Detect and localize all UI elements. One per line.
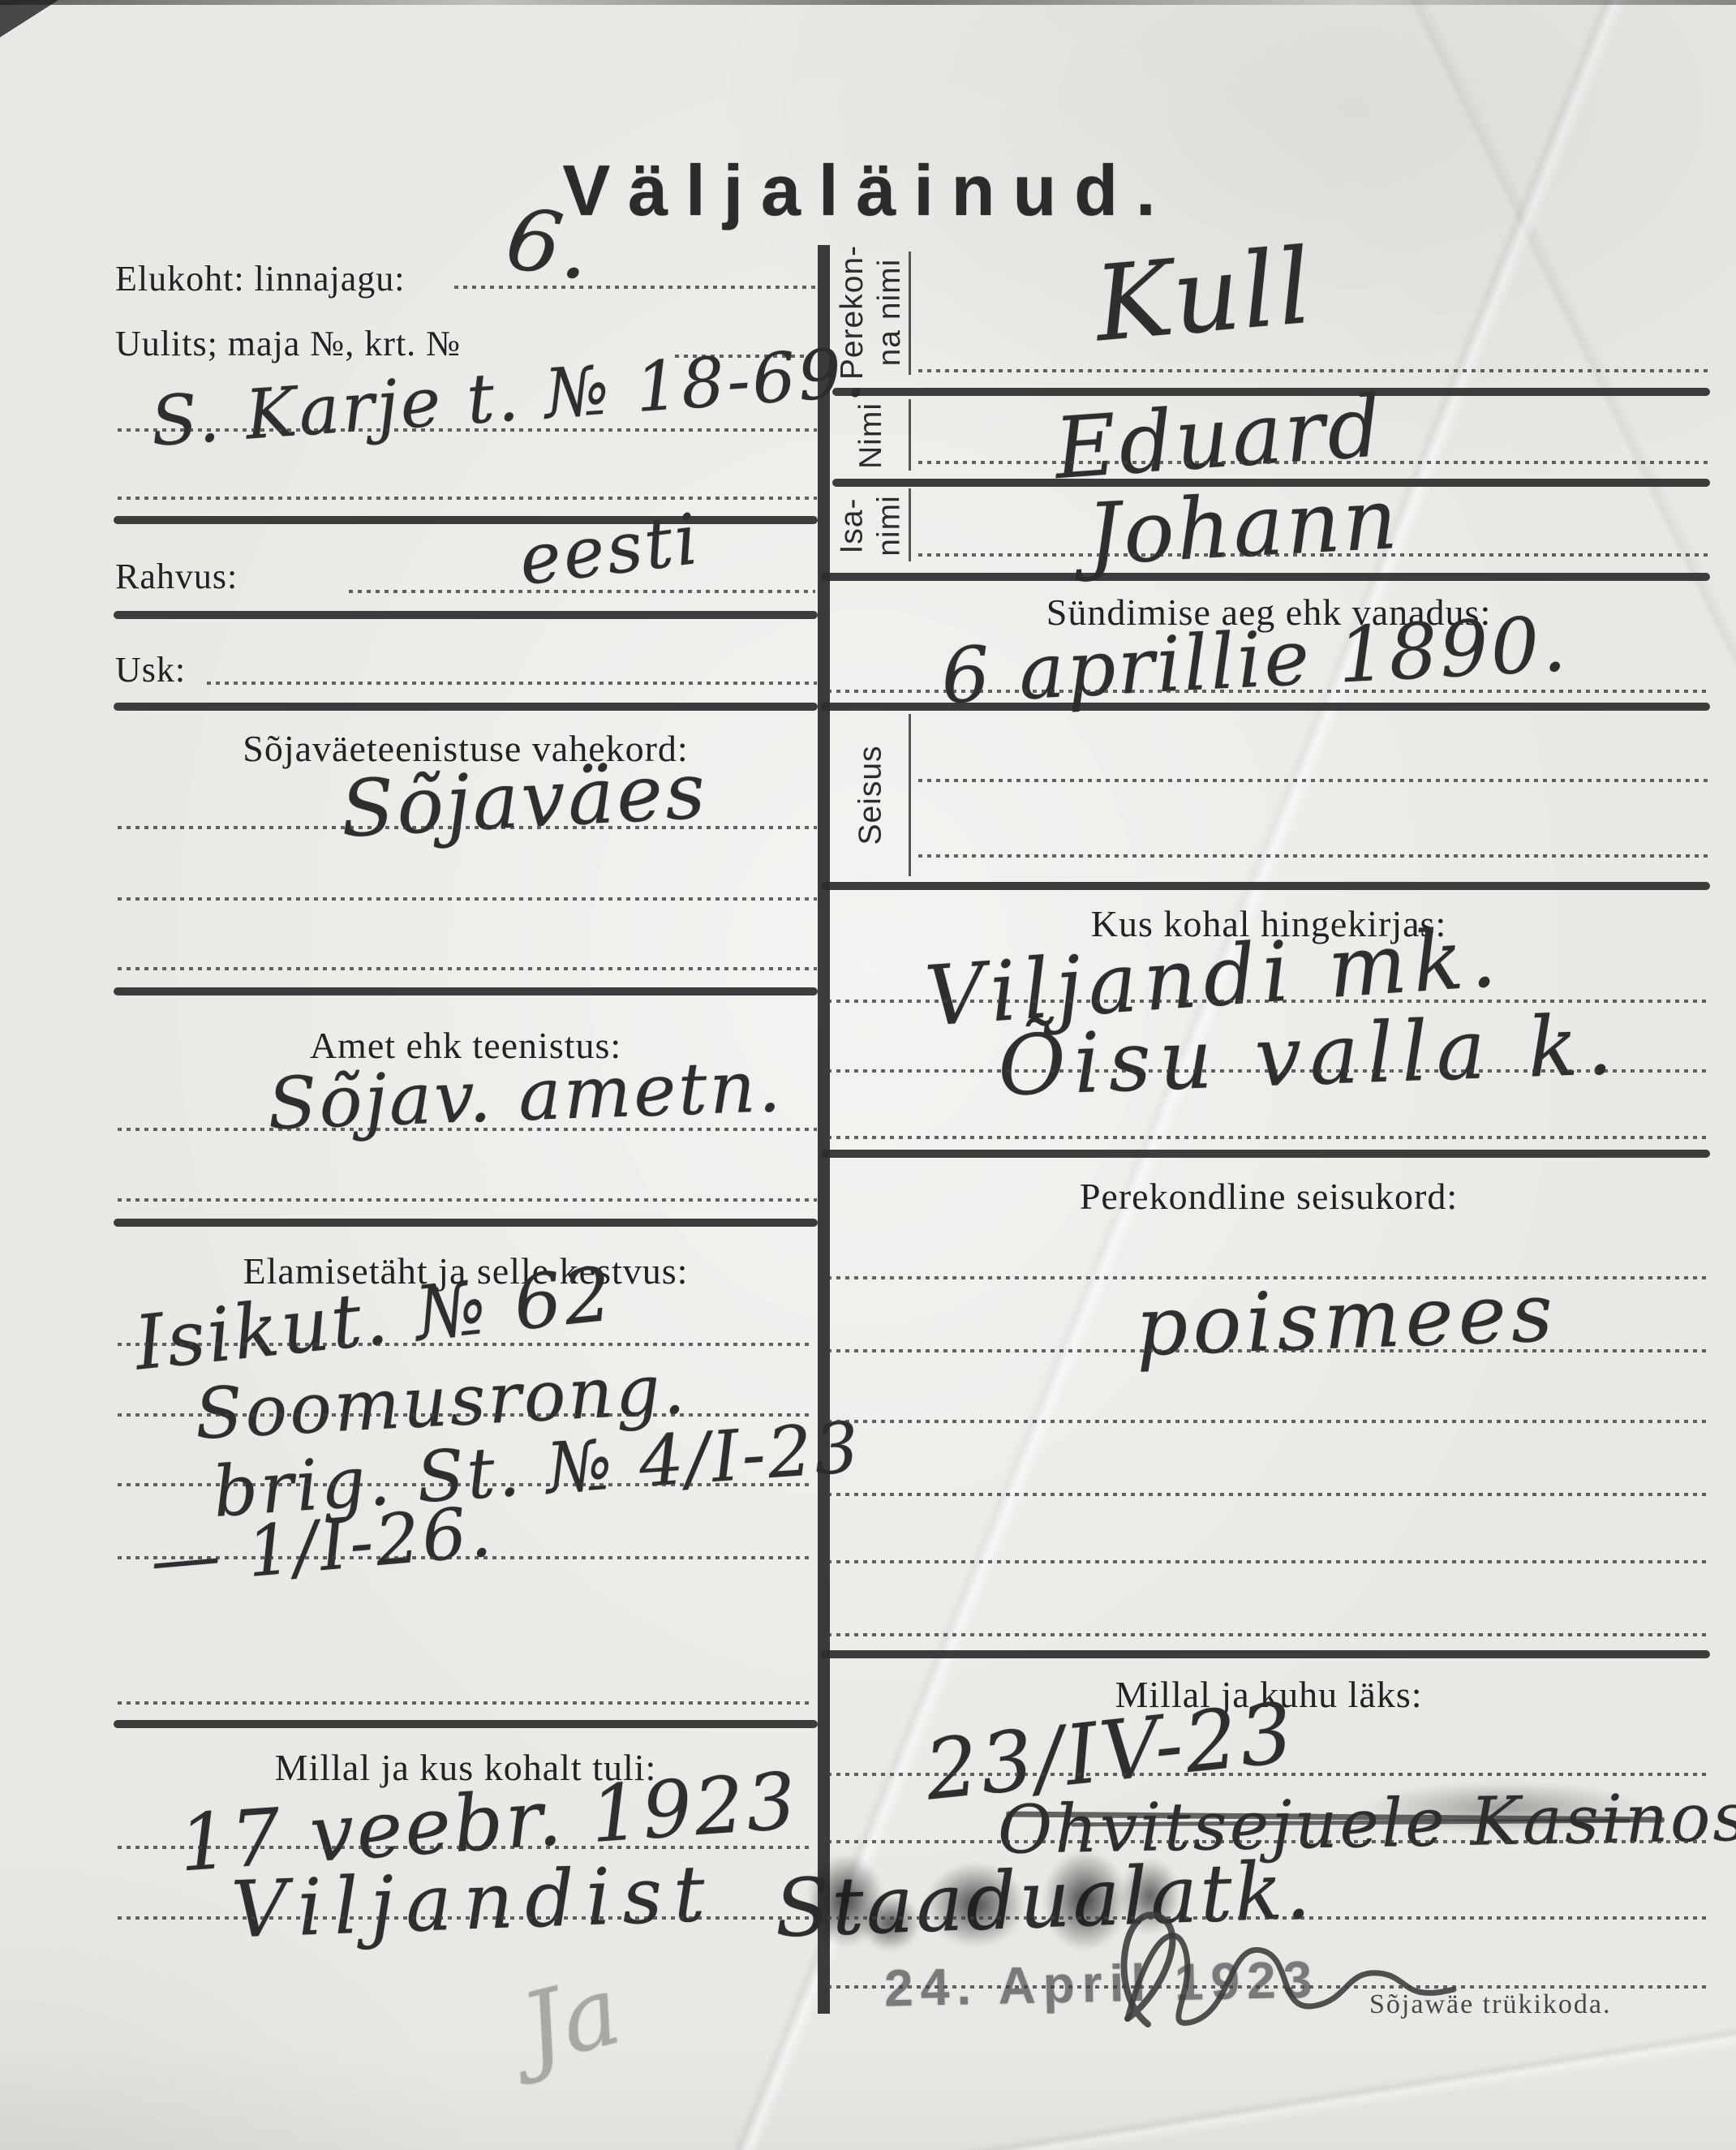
- first-name-row-label: Nimi: [831, 398, 912, 475]
- writing-line: [918, 854, 1710, 858]
- writing-line: [827, 1633, 1710, 1636]
- section-divider: [821, 882, 1710, 890]
- writing-line: [118, 1916, 814, 1920]
- writing-line: [827, 1840, 1710, 1843]
- writing-line: [827, 1985, 1710, 1989]
- column-divider: [818, 245, 830, 2014]
- section-divider: [821, 573, 1710, 581]
- father-name-row-label: Isa-nimi: [831, 485, 912, 566]
- residence-value-handwritten: 6.: [500, 188, 600, 299]
- status-row-label: Seisus: [831, 712, 912, 879]
- writing-line: [118, 826, 817, 829]
- writing-line: [118, 1343, 814, 1346]
- page-title: Väljaläinud.: [0, 149, 1736, 232]
- pencil-note-handwritten: Ja: [511, 1954, 631, 2085]
- section-divider: [114, 516, 818, 524]
- nationality-label: Rahvus:: [115, 556, 238, 597]
- writing-line: [118, 897, 817, 901]
- label-separator-line: [909, 399, 911, 471]
- family-name-row-label: Perekon-na nimi: [831, 250, 912, 376]
- section-divider: [821, 1150, 1710, 1158]
- section-divider: [114, 703, 818, 711]
- signature-scrawl: [1103, 1890, 1485, 2045]
- writing-line: [918, 779, 1710, 782]
- writing-line: [827, 1493, 1710, 1496]
- ink-smudge: [1363, 1782, 1647, 1834]
- writing-line: [454, 286, 815, 289]
- writing-line: [118, 428, 817, 432]
- writing-line: [118, 497, 817, 500]
- scan-top-edge: [0, 0, 1736, 5]
- family-status-value-handwritten: poismees: [1134, 1265, 1559, 1374]
- writing-line: [827, 1136, 1710, 1139]
- father-name-value-handwritten: Johann: [1085, 469, 1402, 584]
- section-divider: [114, 611, 818, 619]
- family-name-value-handwritten: Kull: [1090, 226, 1318, 366]
- residence-label: Elukoht: linnajagu:: [115, 258, 406, 299]
- arrival-line-handwritten: Viljandist: [230, 1848, 717, 1956]
- family-status-heading: Perekondline seisukord:: [827, 1175, 1710, 1218]
- label-separator-line: [909, 488, 911, 561]
- writing-line: [827, 690, 1710, 693]
- writing-line: [207, 682, 817, 685]
- writing-line: [827, 1560, 1710, 1563]
- writing-line: [118, 1483, 814, 1486]
- writing-line: [827, 1069, 1710, 1073]
- writing-line: [918, 461, 1710, 464]
- ink-blot: [860, 1894, 921, 1951]
- scan-corner-shadow: [0, 0, 58, 37]
- printer-credit: Sõjawäe trükikoda.: [1369, 1989, 1612, 2020]
- section-divider: [821, 1650, 1710, 1658]
- writing-line: [918, 553, 1710, 557]
- writing-line: [118, 1128, 817, 1131]
- label-separator-line: [909, 714, 911, 876]
- writing-line: [827, 1420, 1710, 1423]
- writing-line: [118, 1701, 814, 1705]
- writing-line: [118, 967, 817, 970]
- section-divider: [114, 1720, 818, 1728]
- section-divider: [114, 1219, 818, 1227]
- residence-permit-line-handwritten: — 1/I-26.: [147, 1491, 496, 1602]
- writing-line: [827, 1773, 1710, 1776]
- nationality-value-handwritten: eesti: [515, 499, 705, 601]
- section-divider: [821, 703, 1710, 711]
- parish-register-line-handwritten: Õisu valla k.: [996, 997, 1622, 1116]
- section-divider: [114, 987, 818, 995]
- label-separator-line: [909, 252, 911, 375]
- military-service-value-handwritten: Sõjaväes: [338, 745, 709, 855]
- street-label: Uulits; maja №, krt. №: [115, 323, 461, 364]
- valjalainud-registration-card: Väljaläinud. Elukoht: linnajagu: 6. Uuli…: [0, 0, 1736, 2150]
- religion-label: Usk:: [115, 649, 186, 690]
- writing-line: [349, 590, 815, 593]
- writing-line: [118, 1413, 814, 1417]
- ink-blot: [925, 1862, 1026, 1947]
- writing-line: [918, 369, 1710, 372]
- writing-line: [118, 1198, 817, 1202]
- writing-line: [118, 1556, 814, 1559]
- writing-line: [827, 1349, 1710, 1352]
